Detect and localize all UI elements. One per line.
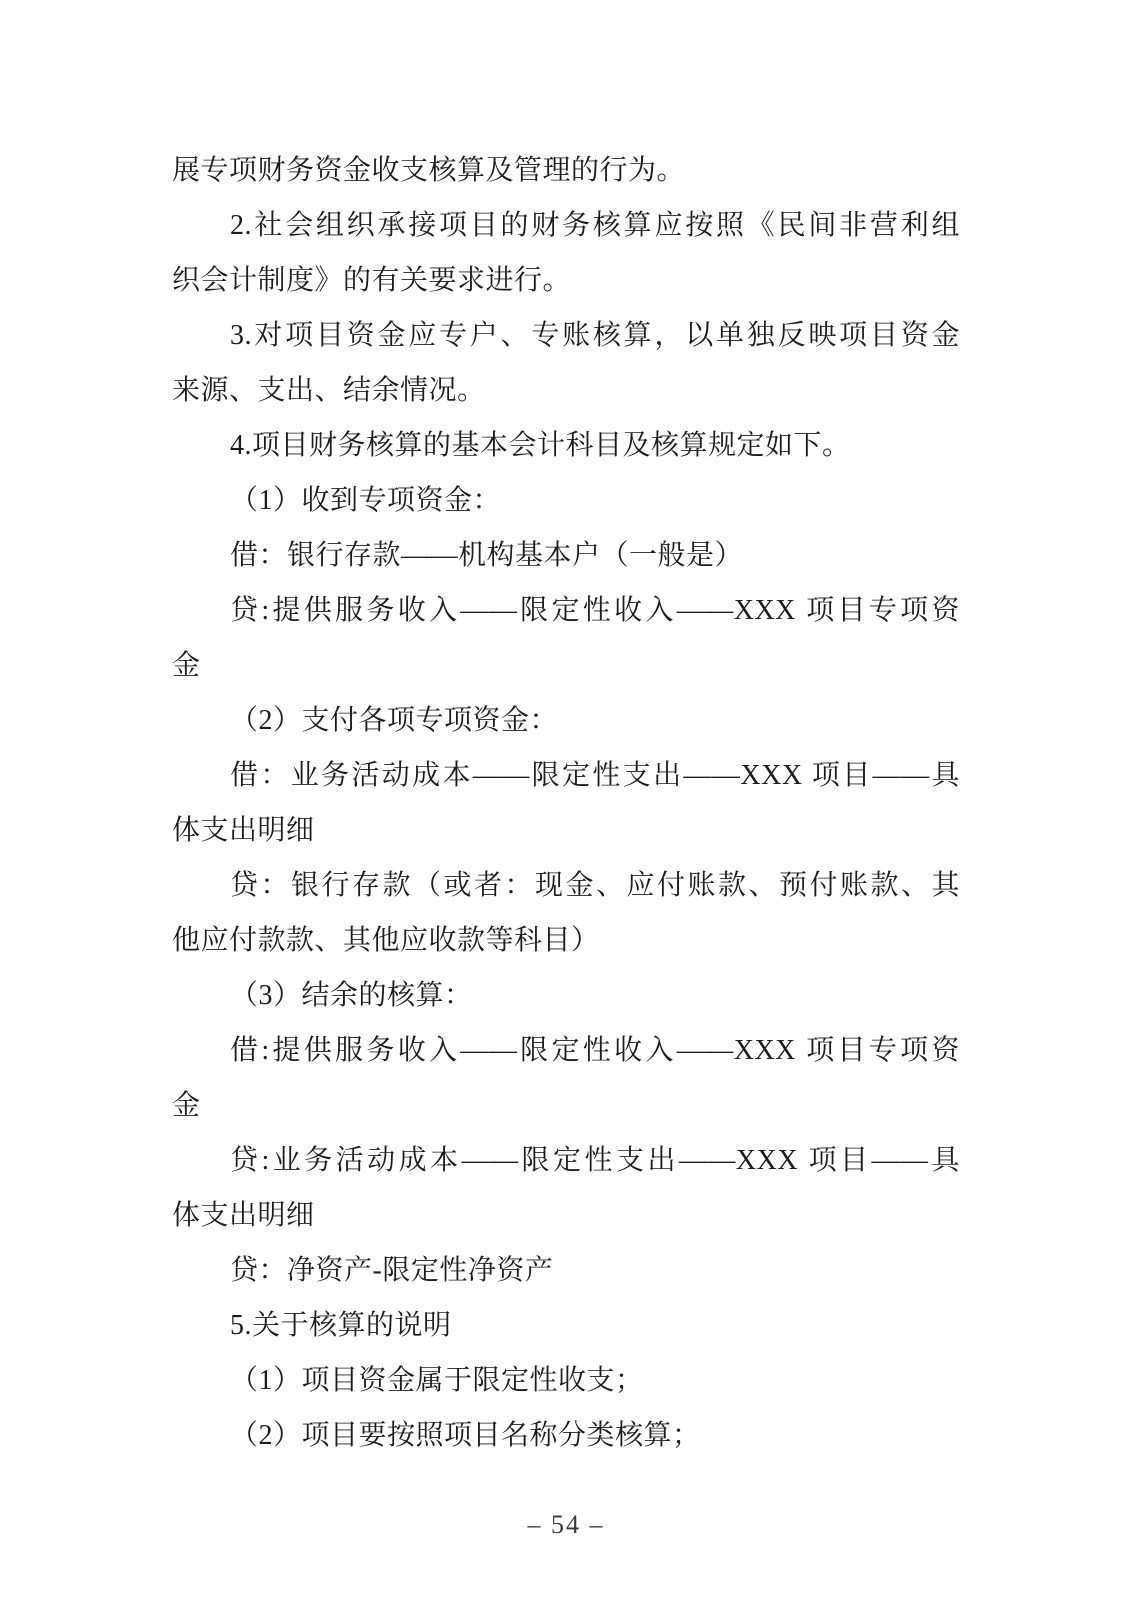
text-line: 借：业务活动成本——限定性支出——XXX 项目——具 — [172, 748, 960, 803]
text-line: 贷：银行存款（或者：现金、应付账款、预付账款、其 — [172, 858, 960, 913]
text-line: 金 — [172, 1078, 960, 1133]
text-line: 体支出明细 — [172, 803, 960, 858]
text-line: （3）结余的核算： — [172, 968, 960, 1023]
text-line: 借:提供服务收入——限定性收入——XXX 项目专项资 — [172, 1023, 960, 1078]
document-page: 展专项财务资金收支核算及管理的行为。2.社会组织承接项目的财务核算应按照《民间非… — [0, 0, 1132, 1600]
text-line: 他应付款款、其他应收款等科目） — [172, 913, 960, 968]
text-line: 来源、支出、结余情况。 — [172, 363, 960, 418]
text-line: 借：银行存款——机构基本户（一般是） — [172, 528, 960, 583]
text-line: （2）支付各项专项资金： — [172, 693, 960, 748]
text-line: 贷:业务活动成本——限定性支出——XXX 项目——具 — [172, 1133, 960, 1188]
text-line: 展专项财务资金收支核算及管理的行为。 — [172, 143, 960, 198]
text-line: （1）项目资金属于限定性收支； — [172, 1353, 960, 1408]
text-line: （1）收到专项资金： — [172, 473, 960, 528]
text-line: 贷：净资产-限定性净资产 — [172, 1243, 960, 1298]
text-line: 2.社会组织承接项目的财务核算应按照《民间非营利组 — [172, 198, 960, 253]
text-line: 贷:提供服务收入——限定性收入——XXX 项目专项资 — [172, 583, 960, 638]
text-line: 体支出明细 — [172, 1188, 960, 1243]
text-line: （2）项目要按照项目名称分类核算； — [172, 1408, 960, 1463]
document-body-text: 展专项财务资金收支核算及管理的行为。2.社会组织承接项目的财务核算应按照《民间非… — [172, 143, 960, 1463]
text-line: 3.对项目资金应专户、专账核算，以单独反映项目资金 — [172, 308, 960, 363]
text-line: 金 — [172, 638, 960, 693]
page-number: – 54 – — [0, 1510, 1132, 1540]
text-line: 织会计制度》的有关要求进行。 — [172, 253, 960, 308]
text-line: 4.项目财务核算的基本会计科目及核算规定如下。 — [172, 418, 960, 473]
text-line: 5.关于核算的说明 — [172, 1298, 960, 1353]
